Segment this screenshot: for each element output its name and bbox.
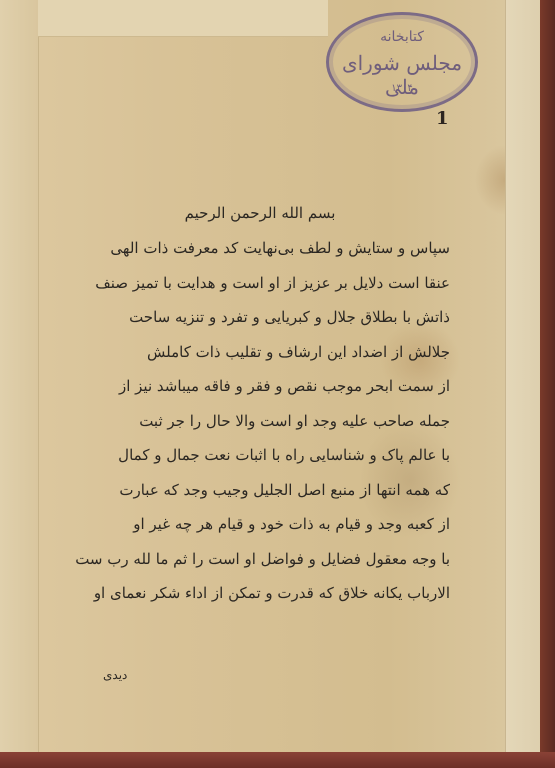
text-line: سپاس و ستایش و لطف بی‌نهایت کد معرفت ذات… (70, 231, 450, 266)
text-line: جمله صاحب علیه وجد او است والا حال را جر… (70, 404, 450, 439)
text-line: ذاتش با بطلاق جلال و کبریایی و تفرد و تن… (70, 300, 450, 335)
basmala-heading: بسم الله الرحمن الرحیم (70, 195, 450, 231)
text-line: که همه انتها از منبع اصل الجلیل وجیب وجد… (70, 473, 450, 508)
catchword: دیدی (103, 668, 127, 682)
text-line: از سمت ابحر موجب نقص و فقر و فاقه میباشد… (70, 369, 450, 404)
right-binding (540, 0, 555, 768)
text-line: از کعبه وجد و قیام به ذات خود و قیام هر … (70, 507, 450, 542)
right-margin (505, 0, 541, 758)
bottom-binding (0, 752, 555, 768)
manuscript-page: کتابخانه مجلس شورای ملی ۱۳۰۴ 1 بسم الله … (0, 0, 555, 768)
manuscript-text-block: بسم الله الرحمن الرحیم سپاس و ستایش و لط… (70, 195, 450, 611)
text-line: الارباب یکانه خلاق که قدرت و تمکن از ادا… (70, 576, 450, 611)
top-paper-strip (38, 0, 328, 37)
text-line: عنقا است دلایل بر عزیز از او است و هدایت… (70, 266, 450, 301)
stamp-year: ۱۳۰۴ (329, 83, 475, 94)
text-line: جلالش از اضداد این ارشاف و تقلیب ذات کام… (70, 335, 450, 370)
left-page-edge (0, 0, 39, 768)
stamp-line-1: کتابخانه (329, 29, 475, 45)
text-line: با وجه معقول فضایل و فواضل او است را ثم … (70, 542, 450, 577)
text-line: با عالم پاک و شناسایی راه با اثبات نعت ج… (70, 438, 450, 473)
folio-number: 1 (436, 108, 449, 129)
library-stamp: کتابخانه مجلس شورای ملی ۱۳۰۴ (326, 12, 478, 112)
